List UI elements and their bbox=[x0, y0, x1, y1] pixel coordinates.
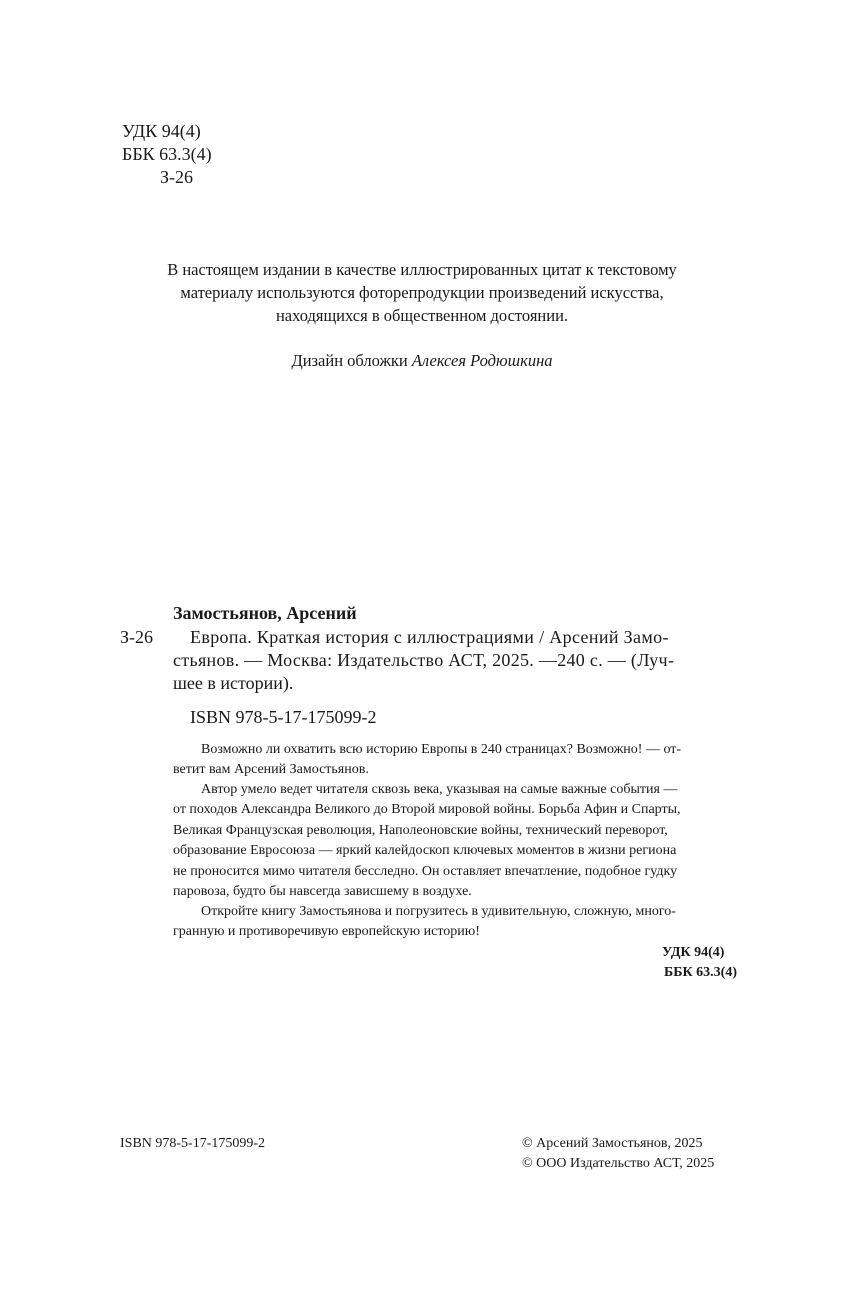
annotation-line-4: от походов Александра Великого до Второй… bbox=[173, 800, 681, 821]
catalog-udk-code: УДК 94(4) bbox=[662, 943, 724, 964]
bbk-code: ББК 63.3(4) bbox=[122, 143, 212, 166]
annotation-line-5: Великая Французская революция, Наполеоно… bbox=[173, 821, 668, 842]
annotation-line-6: образование Евросоюза — яркий калейдоско… bbox=[173, 841, 676, 862]
author-mark: З-26 bbox=[160, 166, 193, 189]
catalog-description-line-3: шее в истории). bbox=[173, 672, 293, 695]
catalog-isbn: ISBN 978-5-17-175099-2 bbox=[190, 706, 377, 729]
annotation-line-9: Откройте книгу Замостьянова и погрузитес… bbox=[201, 902, 676, 923]
notice-line-2: материалу используются фоторепродукции п… bbox=[100, 282, 744, 304]
annotation-line-8: паровоза, будто бы навсегда зависшему в … bbox=[173, 882, 472, 903]
cover-designer-name: Алексея Родюшкина bbox=[412, 351, 553, 370]
cover-design-credit: Дизайн обложки Алексея Родюшкина bbox=[100, 350, 744, 372]
catalog-author-heading: Замостьянов, Арсений bbox=[173, 602, 357, 625]
catalog-author-mark: З-26 bbox=[120, 626, 153, 649]
catalog-bbk-code: ББК 63.3(4) bbox=[664, 963, 737, 984]
catalog-description-line-2: стьянов. — Москва: Издательство АСТ, 202… bbox=[173, 649, 674, 672]
annotation-line-1: Возможно ли охватить всю историю Европы … bbox=[201, 740, 681, 761]
notice-line-3: находящихся в общественном достоянии. bbox=[100, 305, 744, 327]
annotation-line-3: Автор умело ведет читателя сквозь века, … bbox=[201, 780, 677, 801]
annotation-line-7: не проносится мимо читателя бесследно. О… bbox=[173, 862, 677, 883]
catalog-description-line-1: Европа. Краткая история с иллюстрациями … bbox=[190, 626, 669, 649]
cover-design-label: Дизайн обложки bbox=[291, 351, 407, 370]
copyright-publisher: © ООО Издательство АСТ, 2025 bbox=[522, 1154, 714, 1175]
annotation-line-2: ветит вам Арсений Замостьянов. bbox=[173, 760, 369, 781]
udk-code: УДК 94(4) bbox=[122, 120, 201, 143]
notice-line-1: В настоящем издании в качестве иллюстрир… bbox=[100, 259, 744, 281]
annotation-line-10: гранную и противоречивую европейскую ист… bbox=[173, 922, 480, 943]
copyright-author: © Арсений Замостьянов, 2025 bbox=[522, 1134, 703, 1155]
footer-isbn: ISBN 978-5-17-175099-2 bbox=[120, 1134, 265, 1155]
